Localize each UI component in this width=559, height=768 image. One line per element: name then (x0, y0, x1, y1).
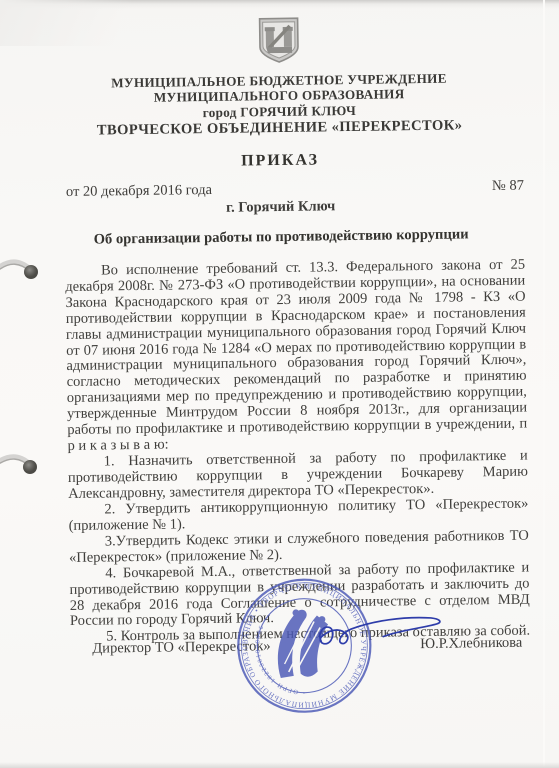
signature-stroke-icon (303, 597, 464, 659)
document-subject: Об организации работы по противодействию… (2, 225, 559, 250)
order-item-1: 1. Назначить ответственной за работу по … (68, 449, 529, 503)
organization-header: МУНИЦИПАЛЬНОЕ БЮДЖЕТНОЕ УЧРЕЖДЕНИЕ МУНИЦ… (0, 69, 559, 141)
city-coat-of-arms-icon (257, 17, 300, 65)
document-content: МУНИЦИПАЛЬНОЕ БЮДЖЕТНОЕ УЧРЕЖДЕНИЕ МУНИЦ… (0, 0, 559, 768)
binder-ring-icon-bottom (0, 450, 46, 486)
scan-edge-bottom (0, 762, 559, 768)
intro-paragraph: Во исполнение требований ст. 13.3. Федер… (65, 257, 528, 455)
binder-ring-icon-top (0, 254, 46, 290)
document-number: № 87 (492, 177, 524, 194)
document-type-title: ПРИКАЗ (0, 148, 559, 174)
scanned-document-page: МУНИЦИПАЛЬНОЕ БЮДЖЕТНОЕ УЧРЕЖДЕНИЕ МУНИЦ… (0, 0, 559, 768)
document-date: от 20 декабря 2016 года (66, 182, 212, 201)
scan-edge-top-left (0, 0, 170, 46)
scan-edge-right (543, 0, 559, 768)
handwritten-signature (303, 597, 464, 659)
